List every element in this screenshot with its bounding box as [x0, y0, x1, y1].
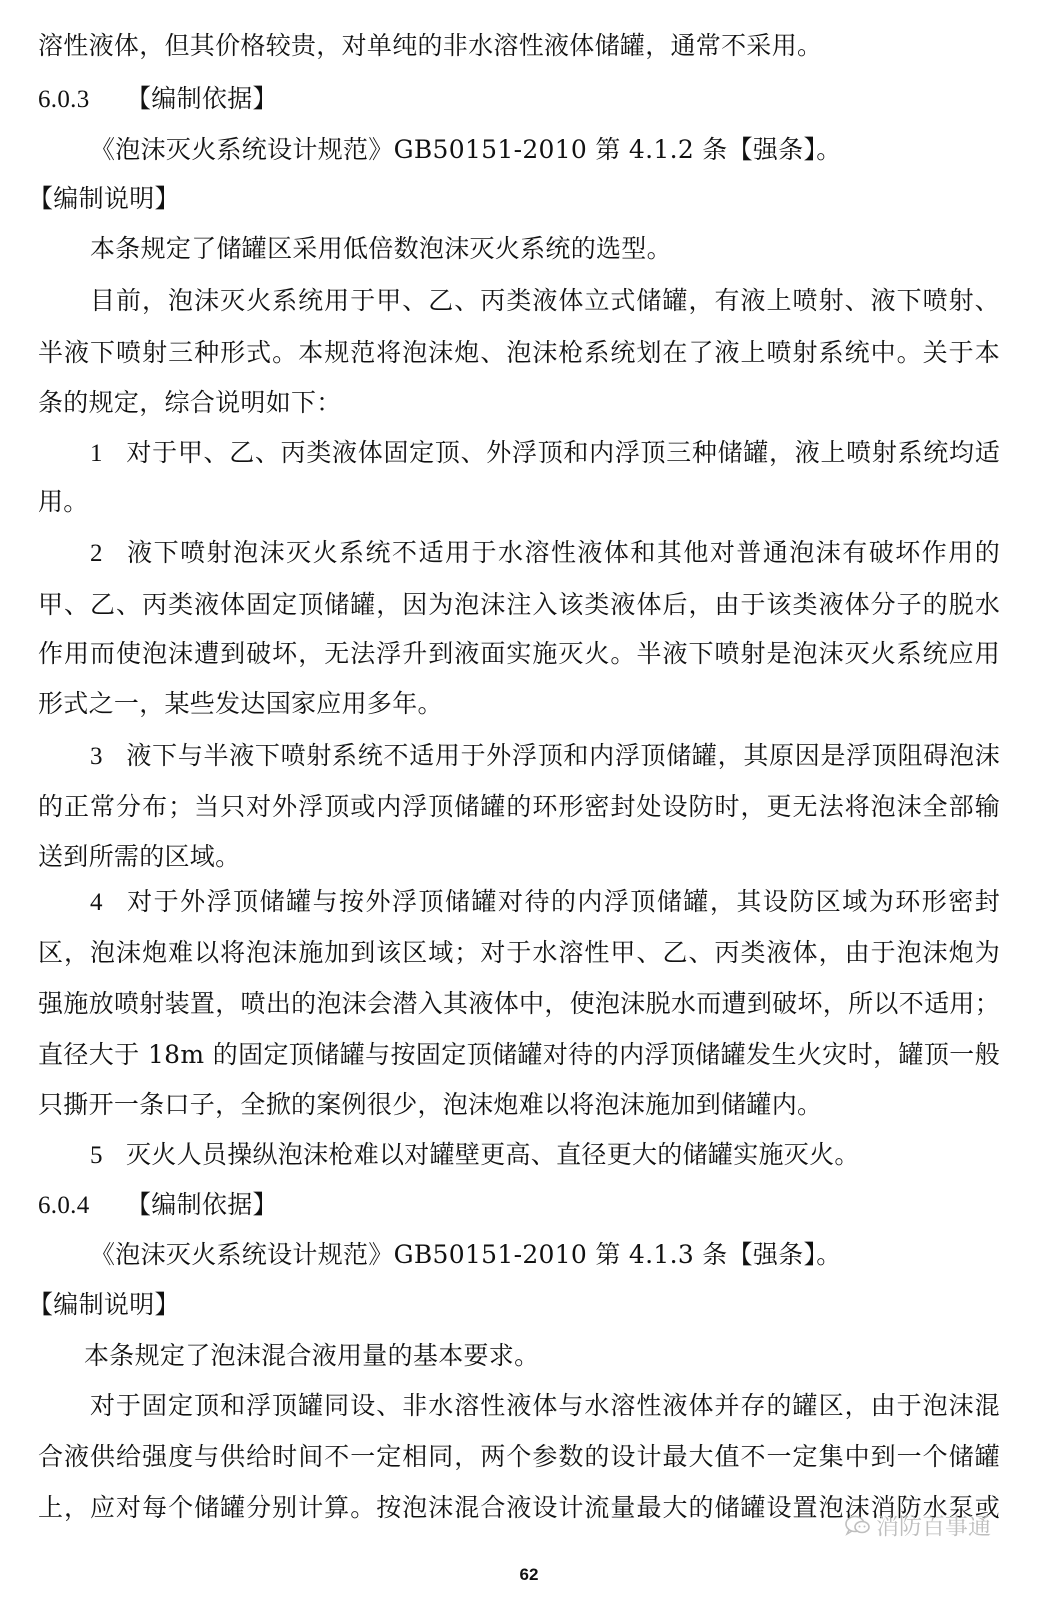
section-heading-6-0-4: 6.0.4【编制依据】	[38, 1189, 1020, 1222]
section-heading-6-0-3: 6.0.3【编制依据】	[38, 83, 1020, 116]
item-number: 3	[90, 741, 126, 773]
section-label: 【编制依据】	[126, 1190, 278, 1219]
list-item-2: 2液下喷射泡沫灭火系统不适用于水溶性液体和其他对普通泡沫有破坏作用的	[90, 537, 1000, 570]
paragraph-line: 目前，泡沫灭火系统用于甲、乙、丙类液体立式储罐，有液上喷射、液下喷射、	[90, 285, 1000, 317]
list-item-3: 3液下与半液下喷射系统不适用于外浮顶和内浮顶储罐，其原因是浮顶阻碍泡沫	[90, 740, 1000, 773]
section-number: 6.0.3	[38, 84, 126, 116]
paragraph-line: 送到所需的区域。	[38, 841, 1020, 873]
list-item-1: 1对于甲、乙、丙类液体固定顶、外浮顶和内浮顶三种储罐，液上喷射系统均适	[90, 437, 1000, 470]
item-number: 4	[90, 887, 126, 919]
paragraph-line: 作用而使泡沫遭到破坏，无法浮升到液面实施灭火。半液下喷射是泡沫灭火系统应用	[38, 638, 1000, 670]
paragraph-line: 本条规定了储罐区采用低倍数泡沫灭火系统的选型。	[90, 233, 1058, 265]
paragraph-line: 只撕开一条口子，全掀的案例很少，泡沫炮难以将泡沫施加到储罐内。	[38, 1089, 1020, 1121]
paragraph-line: 半液下喷射三种形式。本规范将泡沫炮、泡沫枪系统划在了液上喷射系统中。关于本	[38, 337, 1000, 369]
item-number: 1	[90, 438, 126, 470]
paragraph-line: 强施放喷射装置，喷出的泡沫会潜入其液体中，使泡沫脱水而遭到破坏，所以不适用；	[38, 988, 1000, 1020]
paragraph-line: 用。	[38, 486, 1020, 518]
item-text: 液下与半液下喷射系统不适用于外浮顶和内浮顶储罐，其原因是浮顶阻碍泡沫	[126, 741, 1000, 770]
wechat-icon	[844, 1514, 872, 1536]
list-item-5: 5灭火人员操纵泡沫枪难以对罐壁更高、直径更大的储罐实施灭火。	[90, 1139, 1058, 1172]
paragraph-line: 形式之一，某些发达国家应用多年。	[38, 688, 1020, 720]
page-number: 62	[0, 1565, 1058, 1585]
item-number: 2	[90, 538, 126, 570]
paragraph-line: 本条规定了泡沫混合液用量的基本要求。	[84, 1340, 1058, 1372]
item-text: 对于甲、乙、丙类液体固定顶、外浮顶和内浮顶三种储罐，液上喷射系统均适	[126, 438, 1000, 467]
item-number: 5	[90, 1140, 126, 1172]
section-number: 6.0.4	[38, 1190, 126, 1222]
paragraph-line: 直径大于 18m 的固定顶储罐与按固定顶储罐对待的内浮顶储罐发生火灾时，罐顶一般	[38, 1039, 1000, 1071]
reference-line: 《泡沫灭火系统设计规范》GB50151-2010 第 4.1.2 条【强条】。	[90, 134, 1058, 166]
paragraph-line: 溶性液体，但其价格较贵，对单纯的非水溶性液体储罐，通常不采用。	[38, 30, 1020, 62]
paragraph-line: 的正常分布；当只对外浮顶或内浮顶储罐的环形密封处设防时，更无法将泡沫全部输	[38, 791, 1000, 823]
item-text: 对于外浮顶储罐与按外浮顶储罐对待的内浮顶储罐，其设防区域为环形密封	[126, 887, 1000, 916]
reference-line: 《泡沫灭火系统设计规范》GB50151-2010 第 4.1.3 条【强条】。	[90, 1239, 1058, 1271]
item-text: 灭火人员操纵泡沫枪难以对罐壁更高、直径更大的储罐实施灭火。	[126, 1140, 860, 1169]
item-text: 液下喷射泡沫灭火系统不适用于水溶性液体和其他对普通泡沫有破坏作用的	[126, 538, 1000, 567]
paragraph-line: 合液供给强度与供给时间不一定相同，两个参数的设计最大值不一定集中到一个储罐	[38, 1441, 1000, 1473]
watermark-text: 消防百事通	[876, 1508, 991, 1541]
paragraph-line: 甲、乙、丙类液体固定顶储罐，因为泡沫注入该类液体后，由于该类液体分子的脱水	[38, 589, 1000, 621]
watermark: 消防百事通	[844, 1508, 991, 1541]
document-page: 溶性液体，但其价格较贵，对单纯的非水溶性液体储罐，通常不采用。 6.0.3【编制…	[0, 0, 1058, 1600]
list-item-4: 4对于外浮顶储罐与按外浮顶储罐对待的内浮顶储罐，其设防区域为环形密封	[90, 886, 1000, 919]
explanation-heading: 【编制说明】	[28, 1289, 1010, 1321]
paragraph-line: 对于固定顶和浮顶罐同设、非水溶性液体与水溶性液体并存的罐区，由于泡沫混	[90, 1390, 1000, 1422]
paragraph-line: 条的规定，综合说明如下：	[38, 387, 1020, 419]
paragraph-line: 区，泡沫炮难以将泡沫施加到该区域；对于水溶性甲、乙、丙类液体，由于泡沫炮为	[38, 937, 1000, 969]
section-label: 【编制依据】	[126, 84, 278, 113]
explanation-heading: 【编制说明】	[28, 183, 1010, 215]
